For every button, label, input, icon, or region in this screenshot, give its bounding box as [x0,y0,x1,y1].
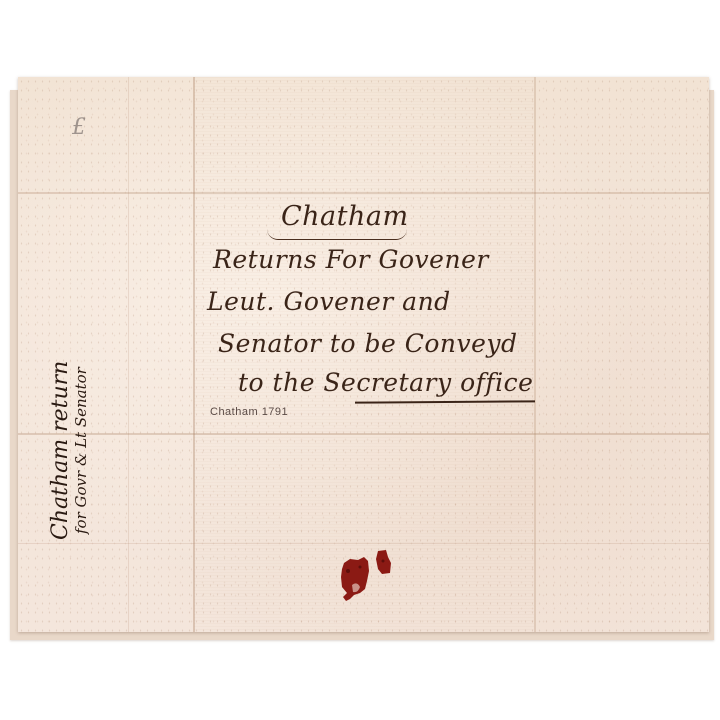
address-line: to the Secretary office [238,368,533,397]
docket-line: Chatham return [50,361,72,540]
scan-background: £ Chatham Returns For Govener Leut. Gove… [0,0,720,720]
address-heading: Chatham [281,201,409,232]
docket-line: for Govr & Lt Senator [72,361,90,540]
margin-docket: Chatham return for Govr & Lt Senator [50,361,90,540]
heading-text: Chatham [281,201,409,232]
fold-line [18,192,709,194]
faint-pen-mark: £ [72,115,86,140]
address-line: Leut. Govener and [207,287,451,316]
fold-line [128,77,129,632]
fold-line [18,543,709,544]
fold-line [193,77,195,632]
address-line: Returns For Govener [213,245,489,274]
pencil-annotation: Chatham 1791 [210,406,288,418]
fold-line [534,77,536,632]
fold-line [18,433,709,435]
address-line: Senator to be Conveyd [218,329,518,358]
wax-seal-icon [338,549,400,609]
heading-flourish [267,229,407,240]
